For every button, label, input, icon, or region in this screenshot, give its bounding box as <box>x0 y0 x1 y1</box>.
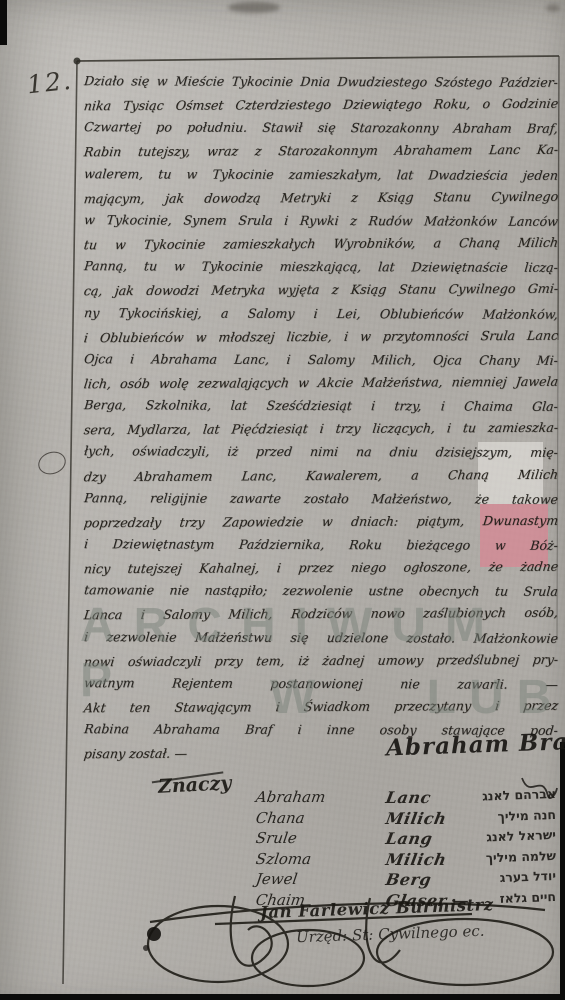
handwriting-line: tu w Tykocinie zamieszkałych Wyrobników,… <box>82 231 559 257</box>
handwriting-line: i Dziewiętnastym Października, Roku bież… <box>83 532 559 558</box>
handwriting-line: dzy Abrahamem Lanc, Kawalerem, a Chaną M… <box>82 462 559 488</box>
witness-hebrew-signature: שלמה מיליך <box>440 848 556 867</box>
handwriting-line: cą, jak dowodzi Metryka wyjęta z Ksiąg S… <box>82 277 559 303</box>
handwriting-line: i zezwolenie Małżeństwu się udzielone zo… <box>83 625 559 651</box>
handwriting-line: Działo się w Mieście Tykocinie Dnia Dwud… <box>83 69 559 95</box>
scanned-document-page: 12. Działo się w Mieście Tykocinie Dnia … <box>0 0 565 1000</box>
witness-given-name: Chana <box>255 809 306 827</box>
witness-row: Jewel Berg יודל בערג <box>0 870 565 891</box>
ink-smudge-top-right <box>546 4 560 12</box>
handwriting-line: łych, oświadczyli, iż przed nimi na dniu… <box>83 440 559 466</box>
act-number: 12. <box>26 66 75 100</box>
witness-surname: Berg <box>384 870 433 889</box>
handwriting-line: watnym Rejentem postanowionej nie zawarl… <box>83 671 559 697</box>
handwriting-line: Panną, religijnie zawarte zostało Małżeń… <box>83 486 559 512</box>
handwriting-line: nika Tysiąc Ośmset Czterdziestego Dziewi… <box>82 92 559 118</box>
witness-surname: Milich <box>384 809 448 828</box>
handwriting-line: Lanca i Salomy Milich, Rodziców nowo zaś… <box>82 601 559 627</box>
handwriting-line: mającym, jak dowodzą Metryki z Ksiąg Sta… <box>82 185 559 211</box>
registrar-title-line: Urzęd: St: Cywilnego ec. <box>296 922 485 947</box>
handwriting-line: i Oblubieńców w młodszej liczbie, i w pr… <box>82 323 559 349</box>
handwriting-line: Akt ten Stawającym i Świadkom przeczytan… <box>82 694 559 720</box>
handwriting-line: poprzedzały trzy Zapowiedzie w dniach: p… <box>82 509 559 535</box>
handwriting-line: lich, osób wolę zezwalających w Akcie Ma… <box>82 370 559 396</box>
scan-edge-bottom <box>0 994 565 1000</box>
handwriting-line: Rabin tutejszy, wraz z Starozakonnym Abr… <box>82 138 559 164</box>
handwriting-line: Berga, Szkolnika, lat Sześćdziesiąt i tr… <box>83 393 559 419</box>
handwriting-line: nowi oświadczyli przy tem, iż żadnej umo… <box>82 648 559 674</box>
witness-hebrew-signature: חנה מיליך <box>440 807 556 826</box>
witness-hebrew-signature: אברהם לאנג <box>440 786 556 805</box>
handwriting-line: walerem, tu w Tykocinie zamieszkałym, la… <box>83 162 559 188</box>
witness-row: Szloma Milich שלמה מיליך <box>0 850 565 871</box>
witness-row: Srule Lang ישראל לאנג <box>0 829 565 850</box>
witness-given-name: Abraham <box>255 788 327 806</box>
margin-flourish <box>35 448 68 478</box>
witness-surname: Milich <box>384 850 448 869</box>
handwriting-line: nicy tutejszej Kahalnej, i przez niego o… <box>82 555 559 581</box>
witness-surname: Lang <box>384 829 434 848</box>
handwriting-line: ny Tykocińskiej, a Salomy i Lei, Oblubie… <box>83 301 559 327</box>
witness-given-name: Szloma <box>255 850 313 868</box>
witness-row: Chana Milich חנה מיליך <box>0 809 565 830</box>
scan-edge-top-left <box>0 0 7 45</box>
witness-given-name: Srule <box>255 829 298 847</box>
witness-given-name: Jewel <box>255 870 299 888</box>
handwriting-line: Ojca i Abrahama Lanc, i Salomy Milich, O… <box>83 347 559 373</box>
ink-smudge-top <box>228 2 280 13</box>
witness-hebrew-signature: יודל בערג <box>440 868 556 887</box>
handwriting-line: w Tykocinie, Synem Srula i Rywki z Rudów… <box>83 208 559 234</box>
witness-row: Abraham Lanc אברהם לאנג <box>0 788 565 809</box>
witness-hebrew-signature: ישראל לאנג <box>440 827 556 846</box>
witness-surname: Lanc <box>384 788 432 807</box>
